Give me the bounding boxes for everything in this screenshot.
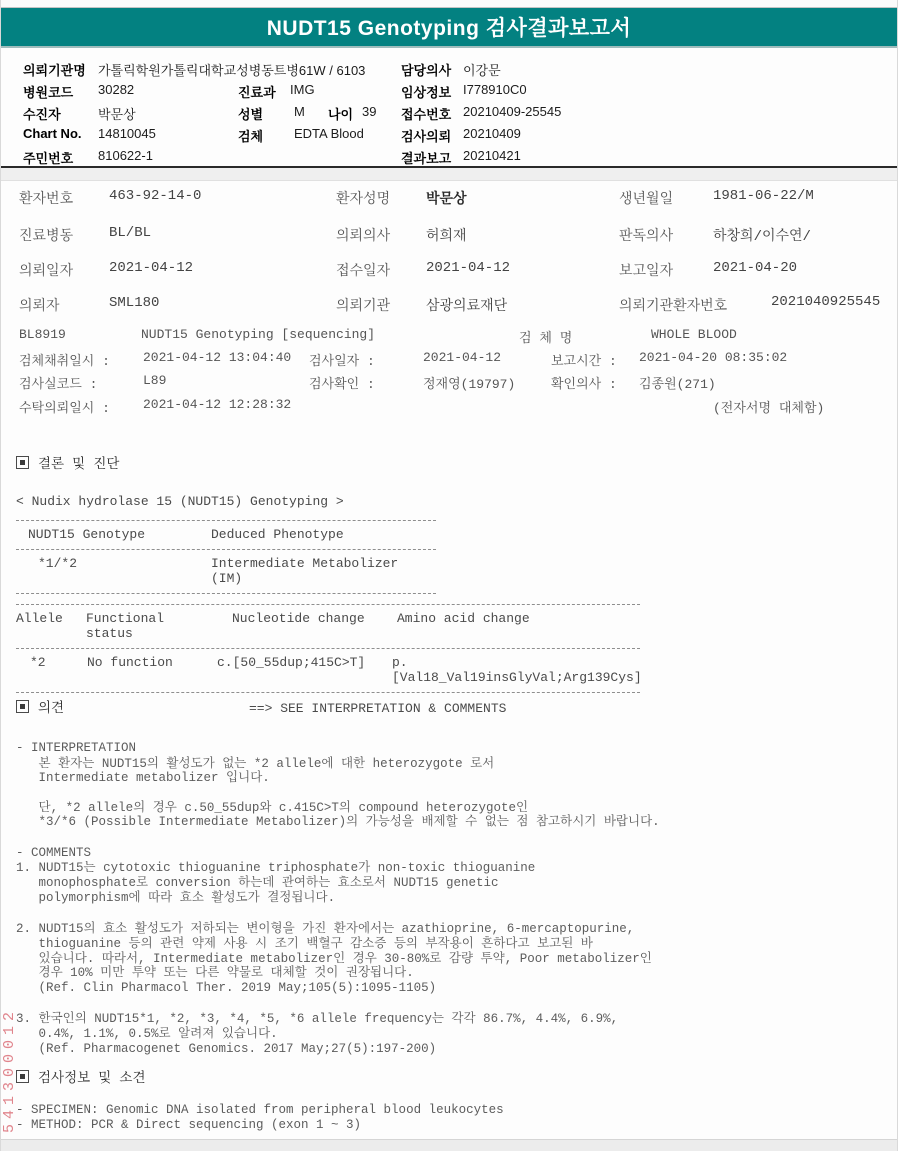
specimen-method-text: - SPECIMEN: Genomic DNA isolated from pe… [16, 1103, 887, 1132]
field-label-accession-no: 접수번호 [401, 104, 451, 123]
field-value-ordering-institution: 가톨릭학원가톨릭대학교성병동트병61W / 6103 [98, 60, 365, 79]
specimen-name-label: 검 체 명 [519, 327, 572, 346]
ordering-org-value: 삼광의료재단 [426, 295, 507, 315]
collection-datetime-label: 검체채취일시 [19, 350, 110, 369]
phenotype-value: Intermediate Metabolizer (IM) [201, 556, 436, 586]
test-detail-row: 검사실코드 L89 검사확인 정재영(19797) 확인의사 김종원(271) [1, 373, 897, 395]
allele-table-data-row: *2 No function c.[50_55dup;415C>T] p.[Va… [16, 649, 640, 692]
genotype-value: *1/*2 [16, 556, 201, 586]
allele-table-header-row: Allele Functional status Nucleotide chan… [16, 605, 640, 648]
field-value-sex: M [294, 104, 305, 119]
requester-label: 의뢰자 [19, 295, 60, 315]
esign-note: (전자서명 대체함) [713, 397, 824, 416]
test-verifier-value: 정재영(19797) [423, 373, 515, 392]
field-label-specimen-type: 검체 [238, 126, 263, 145]
genotype-table: NUDT15 Genotype Deduced Phenotype *1/*2 … [16, 520, 436, 594]
reading-doctor-label: 판독의사 [619, 225, 673, 245]
field-label-age: 나이 [328, 104, 353, 123]
field-label-ordering-institution: 의뢰기관명 [23, 60, 86, 79]
test-info-section: BL8919 NUDT15 Genotyping [sequencing] 검 … [1, 327, 897, 427]
test-date-label: 검사일자 [309, 350, 375, 369]
patient-row: 의뢰일자 2021-04-12 접수일자 2021-04-12 보고일자 202… [1, 260, 897, 284]
collection-datetime-value: 2021-04-12 13:04:40 [143, 350, 291, 365]
document-stamp-number: 541300012 [1, 996, 18, 1144]
birthdate-value: 1981-06-22/M [713, 188, 814, 204]
patient-row: 환자번호 463-92-14-0 환자성명 박문상 생년월일 1981-06-2… [1, 188, 897, 212]
comment-item-3: 3. 한국인의 NUDT15*1, *2, *3, *4, *5, *6 all… [16, 1012, 887, 1056]
field-label-clinical-info: 임상정보 [401, 82, 451, 101]
conclusion-section: 결론 및 진단 < Nudix hydrolase 15 (NUDT15) Ge… [16, 452, 882, 716]
receipt-date-value: 2021-04-12 [426, 260, 510, 276]
test-detail-row: 검체채취일시 2021-04-12 13:04:40 검사일자 2021-04-… [1, 350, 897, 372]
patient-info-section: 환자번호 463-92-14-0 환자성명 박문상 생년월일 1981-06-2… [1, 182, 897, 322]
field-value-examinee: 박문상 [98, 104, 136, 123]
request-date-label: 의뢰일자 [19, 260, 73, 280]
comment-item-1: 1. NUDT15는 cytotoxic thioguanine triphos… [16, 861, 887, 905]
ordering-org-label: 의뢰기관 [336, 295, 390, 315]
org-patient-no-label: 의뢰기관환자번호 [619, 295, 727, 315]
test-detail-row: 수탁의뢰일시 2021-04-12 12:28:32 (전자서명 대체함) [1, 397, 897, 419]
conclusion-section-header: 결론 및 진단 [16, 452, 882, 473]
patient-name-value: 박문상 [426, 188, 467, 208]
comment-item-2: 2. NUDT15의 효소 활성도가 저하되는 변이형을 가진 환자에서는 az… [16, 922, 887, 995]
ordering-doctor-label: 의뢰의사 [336, 225, 390, 245]
allele-table: Allele Functional status Nucleotide chan… [16, 604, 640, 693]
field-value-age: 39 [362, 104, 376, 119]
field-label-chart-no: Chart No. [23, 126, 82, 141]
field-label-result-report-date: 결과보고 [401, 148, 451, 167]
genotype-table-header-row: NUDT15 Genotype Deduced Phenotype [16, 521, 436, 549]
lab-info-section: 검사정보 및 소견 - SPECIMEN: Genomic DNA isolat… [16, 1066, 887, 1132]
table-rule [16, 692, 640, 693]
field-value-attending-doctor: 이강문 [463, 60, 501, 79]
patient-row: 의뢰자 SML180 의뢰기관 삼광의료재단 의뢰기관환자번호 20210409… [1, 295, 897, 319]
birthdate-label: 생년월일 [619, 188, 673, 208]
receipt-date-label: 접수일자 [336, 260, 390, 280]
functional-status-value: No function [72, 655, 217, 685]
test-title-row: BL8919 NUDT15 Genotyping [sequencing] 검 … [1, 327, 897, 349]
field-label-hospital-code: 병원코드 [23, 82, 73, 101]
opinion-section: 의견 - INTERPRETATION 본 환자는 NUDT15의 활성도가 없… [16, 696, 887, 1056]
referral-datetime-label: 수탁의뢰일시 [19, 397, 110, 416]
patient-name-label: 환자성명 [336, 188, 390, 208]
report-date-label: 보고일자 [619, 260, 673, 280]
field-value-clinical-info: I778910C0 [463, 82, 527, 97]
opinion-section-title: 의견 [38, 696, 64, 717]
field-value-accession-no: 20210409-25545 [463, 104, 561, 119]
specimen-name-value: WHOLE BLOOD [651, 327, 737, 342]
confirming-doctor-value: 김종원(271) [639, 373, 716, 392]
report-time-value: 2021-04-20 08:35:02 [639, 350, 787, 365]
field-label-examinee: 수진자 [23, 104, 61, 123]
patient-row: 진료병동 BL/BL 의뢰의사 허희재 판독의사 하창희/이수연/ [1, 225, 897, 249]
requester-value: SML180 [109, 295, 159, 311]
lab-code-label: 검사실코드 [19, 373, 97, 392]
interpretation-title: - INTERPRETATION [16, 741, 887, 756]
genotype-table-data-row: *1/*2 Intermediate Metabolizer (IM) [16, 550, 436, 593]
test-date-value: 2021-04-12 [423, 350, 501, 365]
field-value-resident-no: 810622-1 [98, 148, 153, 163]
lab-report-page: NUDT15 Genotyping 검사결과보고서 의뢰기관명 가톨릭학원가톨릭… [0, 0, 898, 1151]
conclusion-section-title: 결론 및 진단 [38, 452, 119, 473]
header-divider-band [1, 168, 897, 181]
reading-doctor-value: 하창희/이수연/ [713, 225, 811, 245]
report-time-label: 보고시간 [551, 350, 617, 369]
lab-info-section-header: 검사정보 및 소견 [16, 1066, 887, 1087]
amino-acid-change-value: p.[Val18_Val19insGlyVal;Arg139Cys] [392, 655, 642, 685]
genotype-column-header: NUDT15 Genotype [16, 527, 201, 542]
opinion-section-header: 의견 [16, 696, 887, 717]
table-rule [16, 593, 436, 594]
section-marker-icon [16, 456, 29, 469]
amino-acid-change-column-header: Amino acid change [392, 611, 640, 641]
field-value-specimen-type: EDTA Blood [294, 126, 364, 141]
field-label-test-request-date: 검사의뢰 [401, 126, 451, 145]
referral-datetime-value: 2021-04-12 12:28:32 [143, 397, 291, 412]
field-label-department: 진료과 [238, 82, 276, 101]
request-date-value: 2021-04-12 [109, 260, 193, 276]
confirming-doctor-label: 확인의사 [551, 373, 617, 392]
page-bottom-edge [1, 1139, 897, 1151]
allele-value: *2 [16, 655, 72, 685]
report-title: NUDT15 Genotyping 검사결과보고서 [267, 12, 632, 42]
ward-value: BL/BL [109, 225, 151, 241]
report-date-value: 2021-04-20 [713, 260, 797, 276]
allele-column-header: Allele [16, 611, 72, 641]
field-label-resident-no: 주민번호 [23, 148, 73, 167]
field-value-department: IMG [290, 82, 315, 97]
org-patient-no-value: 2021040925545 [771, 295, 887, 310]
comments-title: - COMMENTS [16, 846, 887, 861]
ordering-doctor-value: 허희재 [426, 225, 467, 245]
field-label-attending-doctor: 담당의사 [401, 60, 451, 79]
order-header-info: 의뢰기관명 가톨릭학원가톨릭대학교성병동트병61W / 6103 병원코드 30… [1, 56, 897, 166]
test-verifier-label: 검사확인 [309, 373, 375, 392]
report-title-bar: NUDT15 Genotyping 검사결과보고서 [1, 8, 897, 48]
functional-status-column-header: Functional status [72, 611, 217, 641]
interpretation-text: 본 환자는 NUDT15의 활성도가 없는 *2 allele에 대한 hete… [16, 757, 887, 830]
section-marker-icon [16, 700, 29, 713]
ward-label: 진료병동 [19, 225, 73, 245]
conclusion-subtitle: < Nudix hydrolase 15 (NUDT15) Genotyping… [16, 494, 882, 509]
lab-info-section-title: 검사정보 및 소견 [38, 1066, 146, 1087]
field-value-test-request-date: 20210409 [463, 126, 521, 141]
field-value-hospital-code: 30282 [98, 82, 134, 97]
test-name: NUDT15 Genotyping [sequencing] [141, 327, 375, 342]
test-code: BL8919 [19, 327, 66, 342]
nucleotide-change-column-header: Nucleotide change [217, 611, 392, 641]
patient-id-label: 환자번호 [19, 188, 73, 208]
page-top-edge [1, 0, 897, 8]
lab-code-value: L89 [143, 373, 166, 388]
patient-id-value: 463-92-14-0 [109, 188, 201, 204]
field-label-sex: 성별 [238, 104, 263, 123]
nucleotide-change-value: c.[50_55dup;415C>T] [217, 655, 392, 685]
field-value-chart-no: 14810045 [98, 126, 156, 141]
field-value-result-report-date: 20210421 [463, 148, 521, 163]
phenotype-column-header: Deduced Phenotype [201, 527, 436, 542]
